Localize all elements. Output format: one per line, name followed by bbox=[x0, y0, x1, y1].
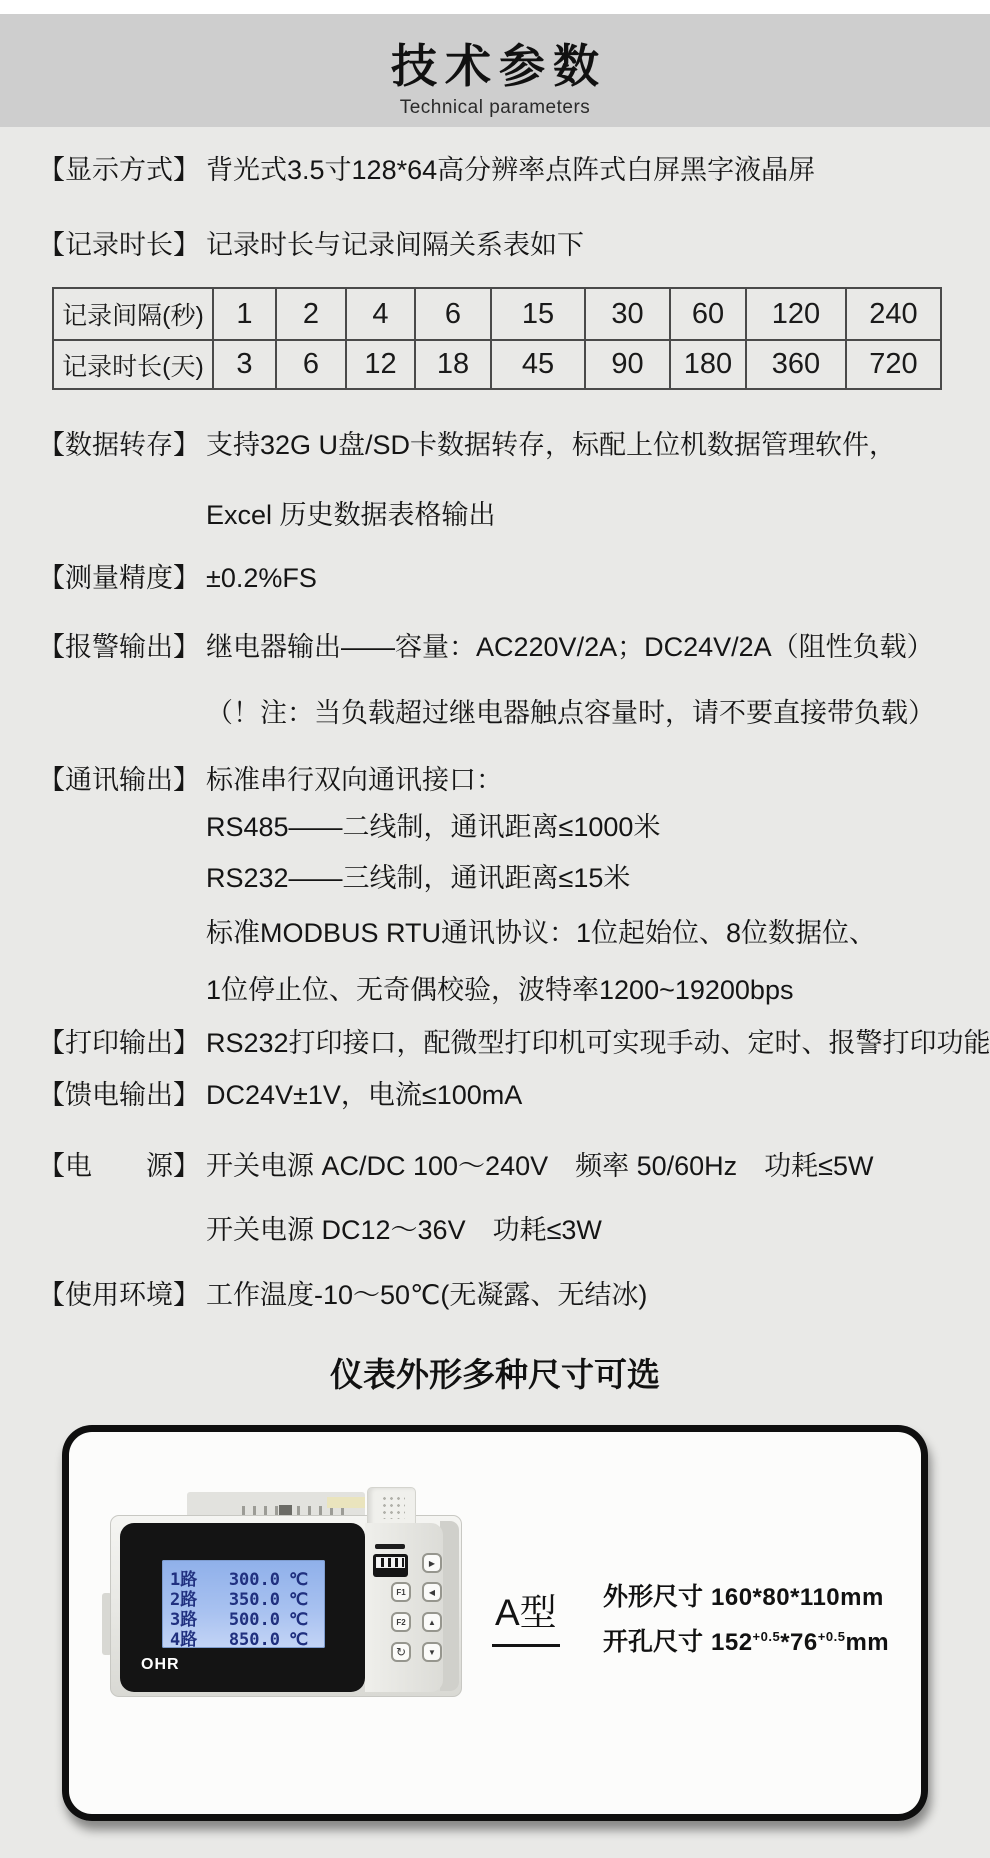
spec-row-comm-modbus-cont: 1位停止位、无奇偶校验，波特率1200~19200bps bbox=[38, 972, 793, 1008]
spec-row-power: 【电 源】开关电源 AC/DC 100～240V 频率 50/60Hz 功耗≤5… bbox=[38, 1148, 874, 1184]
interval-cell: 240 bbox=[846, 288, 941, 340]
device-lcd-screen: 1路 300.0 ℃ 2路 350.0 ℃ 3路 500.0 ℃ 4路 850.… bbox=[162, 1560, 325, 1648]
spec-sheet-page: 技术参数 Technical parameters 【显示方式】背光式3.5寸1… bbox=[0, 0, 990, 1858]
lcd-unit: ℃ bbox=[289, 1630, 308, 1650]
page-subtitle: Technical parameters bbox=[0, 97, 990, 119]
lcd-row: 1路 300.0 ℃ bbox=[170, 1565, 317, 1585]
interval-cell: 1 bbox=[213, 288, 276, 340]
dimension-outline-label: 外形尺寸 bbox=[603, 1577, 711, 1613]
button-arrow-up-icon: ▲ bbox=[422, 1612, 442, 1632]
spec-row-power-cont: 开关电源 DC12～36V 功耗≤3W bbox=[38, 1212, 602, 1248]
spec-row-record-duration: 【记录时长】记录时长与记录间隔关系表如下 bbox=[38, 227, 584, 263]
spec-label: 【记录时长】 bbox=[38, 227, 206, 263]
dimension-cutout-value: 152+0.5*76+0.5mm bbox=[711, 1629, 889, 1656]
duration-cell: 360 bbox=[746, 340, 846, 389]
spec-label: 【使用环境】 bbox=[38, 1277, 206, 1313]
spec-label: 【数据转存】 bbox=[38, 427, 206, 463]
button-arrow-down-icon: ▼ bbox=[422, 1642, 442, 1662]
spec-row-comm-output: 【通讯输出】标准串行双向通讯接口： bbox=[38, 762, 503, 798]
interval-cell: 15 bbox=[491, 288, 585, 340]
dimension-outline: 外形尺寸160*80*110mm bbox=[603, 1577, 884, 1613]
spec-row-comm-modbus: 标准MODBUS RTU通讯协议：1位起始位、8位数据位、 bbox=[38, 915, 876, 951]
interval-cell: 30 bbox=[585, 288, 670, 340]
record-interval-table: 记录间隔(秒) 1 2 4 6 15 30 60 120 240 记录时长(天)… bbox=[52, 287, 942, 390]
spec-text: 开关电源 DC12～36V 功耗≤3W bbox=[206, 1212, 602, 1248]
product-card: 1路 300.0 ℃ 2路 350.0 ℃ 3路 500.0 ℃ 4路 850.… bbox=[62, 1425, 928, 1821]
table-row-interval: 记录间隔(秒) 1 2 4 6 15 30 60 120 240 bbox=[53, 288, 941, 340]
spec-label: 【馈电输出】 bbox=[38, 1077, 206, 1113]
spec-text: ±0.2%FS bbox=[206, 560, 317, 596]
dimension-outline-value: 160*80*110mm bbox=[711, 1584, 884, 1611]
button-arrow-left-icon: ◀ bbox=[422, 1582, 442, 1602]
button-f2: F2 bbox=[391, 1612, 411, 1632]
sd-card-slot-icon bbox=[375, 1544, 405, 1549]
spec-text: 开关电源 AC/DC 100～240V 频率 50/60Hz 功耗≤5W bbox=[206, 1148, 874, 1184]
interval-cell: 60 bbox=[670, 288, 746, 340]
spec-row-data-transfer: 【数据转存】支持32G U盘/SD卡数据转存，标配上位机数据管理软件， bbox=[38, 427, 896, 463]
spec-label: 【测量精度】 bbox=[38, 560, 206, 596]
ohr-logo: OHR bbox=[141, 1656, 180, 1674]
outline-section-heading: 仪表外形多种尺寸可选 bbox=[0, 1355, 990, 1395]
spec-text: 标准MODBUS RTU通讯协议：1位起始位、8位数据位、 bbox=[206, 915, 876, 951]
spec-label: 【通讯输出】 bbox=[38, 762, 206, 798]
spec-text: 标准串行双向通讯接口： bbox=[206, 762, 503, 798]
spec-label: 【打印输出】 bbox=[38, 1025, 206, 1061]
spec-text: 1位停止位、无奇偶校验，波特率1200~19200bps bbox=[206, 972, 793, 1008]
spec-label: 【报警输出】 bbox=[38, 629, 206, 665]
lcd-value: 300.0 bbox=[210, 1570, 280, 1590]
duration-cell: 3 bbox=[213, 340, 276, 389]
table-row-duration: 记录时长(天) 3 6 12 18 45 90 180 360 720 bbox=[53, 340, 941, 389]
duration-cell: 45 bbox=[491, 340, 585, 389]
lcd-value: 350.0 bbox=[210, 1590, 280, 1610]
printer-vent-dots bbox=[381, 1495, 405, 1519]
duration-cell: 180 bbox=[670, 340, 746, 389]
interval-cell: 6 bbox=[415, 288, 491, 340]
spec-row-feed-output: 【馈电输出】DC24V±1V，电流≤100mA bbox=[38, 1077, 522, 1113]
usb-port-icon bbox=[373, 1554, 408, 1577]
spec-row-comm-rs232: RS232——三线制，通讯距离≤15米 bbox=[38, 860, 630, 896]
interval-cell: 2 bbox=[276, 288, 346, 340]
spec-row-alarm-note: （！注：当负载超过继电器触点容量时，请不要直接带负载） bbox=[38, 695, 935, 731]
spec-text: DC24V±1V，电流≤100mA bbox=[206, 1077, 522, 1113]
spec-row-alarm-output: 【报警输出】继电器输出——容量：AC220V/2A；DC24V/2A（阻性负载） bbox=[38, 629, 934, 665]
spec-row-comm-rs485: RS485——二线制，通讯距离≤1000米 bbox=[38, 809, 660, 845]
spec-text: 工作温度-10～50℃(无凝露、无结冰) bbox=[206, 1277, 647, 1313]
interval-cell: 4 bbox=[346, 288, 415, 340]
top-white-strip bbox=[0, 0, 990, 14]
spec-row-environment: 【使用环境】工作温度-10～50℃(无凝露、无结冰) bbox=[38, 1277, 647, 1313]
duration-cell: 90 bbox=[585, 340, 670, 389]
lcd-unit: ℃ bbox=[289, 1570, 308, 1590]
button-loop-icon: ↻ bbox=[391, 1642, 411, 1662]
model-label: A型 bbox=[492, 1593, 560, 1647]
lcd-channel: 4路 bbox=[170, 1625, 210, 1650]
spec-text: 记录时长与记录间隔关系表如下 bbox=[206, 227, 584, 263]
spec-text: Excel 历史数据表格输出 bbox=[206, 497, 496, 533]
button-arrow-right-icon: ▶ bbox=[422, 1553, 442, 1573]
spec-label: 【电 源】 bbox=[38, 1148, 206, 1184]
lcd-value: 500.0 bbox=[210, 1610, 280, 1630]
header-banner: 技术参数 Technical parameters bbox=[0, 14, 990, 127]
spec-text: 继电器输出——容量：AC220V/2A；DC24V/2A（阻性负载） bbox=[206, 629, 934, 665]
row-header-duration: 记录时长(天) bbox=[53, 340, 213, 389]
page-title: 技术参数 bbox=[0, 30, 990, 96]
spec-row-print-output: 【打印输出】RS232打印接口，配微型打印机可实现手动、定时、报警打印功能 bbox=[38, 1025, 990, 1061]
spec-row-accuracy: 【测量精度】±0.2%FS bbox=[38, 560, 317, 596]
row-header-interval: 记录间隔(秒) bbox=[53, 288, 213, 340]
spec-label: 【显示方式】 bbox=[38, 152, 206, 188]
lcd-unit: ℃ bbox=[289, 1590, 308, 1610]
duration-cell: 12 bbox=[346, 340, 415, 389]
spec-text: RS232——三线制，通讯距离≤15米 bbox=[206, 860, 630, 896]
duration-cell: 6 bbox=[276, 340, 346, 389]
spec-text: （！注：当负载超过继电器触点容量时，请不要直接带负载） bbox=[206, 695, 935, 731]
spec-row-data-transfer-cont: Excel 历史数据表格输出 bbox=[38, 497, 496, 533]
spec-row-display-mode: 【显示方式】背光式3.5寸128*64高分辨率点阵式白屏黑字液晶屏 bbox=[38, 152, 815, 188]
spec-text: RS232打印接口，配微型打印机可实现手动、定时、报警打印功能 bbox=[206, 1025, 990, 1061]
interval-cell: 120 bbox=[746, 288, 846, 340]
spec-text: 支持32G U盘/SD卡数据转存，标配上位机数据管理软件， bbox=[206, 427, 896, 463]
dimension-cutout-label: 开孔尺寸 bbox=[603, 1622, 711, 1658]
spec-text: RS485——二线制，通讯距离≤1000米 bbox=[206, 809, 660, 845]
dimension-cutout: 开孔尺寸152+0.5*76+0.5mm bbox=[603, 1622, 889, 1658]
usb-contacts bbox=[376, 1557, 405, 1568]
duration-cell: 720 bbox=[846, 340, 941, 389]
button-f1: F1 bbox=[391, 1582, 411, 1602]
lcd-unit: ℃ bbox=[289, 1610, 308, 1630]
device-label-chip bbox=[327, 1497, 365, 1508]
spec-text: 背光式3.5寸128*64高分辨率点阵式白屏黑字液晶屏 bbox=[206, 152, 815, 188]
duration-cell: 18 bbox=[415, 340, 491, 389]
lcd-value: 850.0 bbox=[210, 1630, 280, 1650]
